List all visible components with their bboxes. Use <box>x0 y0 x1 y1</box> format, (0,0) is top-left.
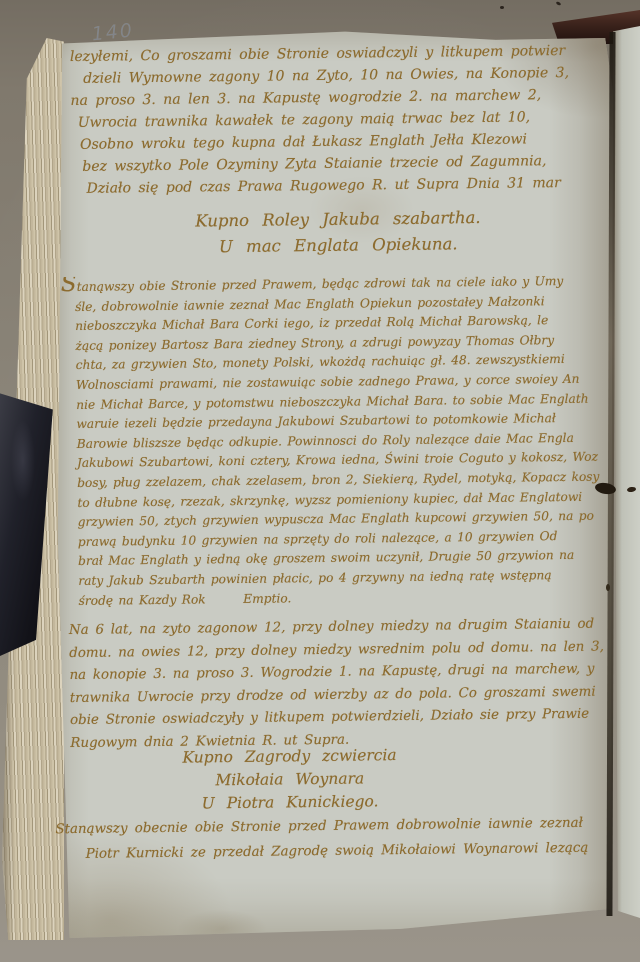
paragraph-closing: Stanąwszy obecnie obie Stronie przed Pra… <box>55 811 588 868</box>
paragraph-opening: lezyłemi, Co groszami obie Stronie oswia… <box>70 40 571 200</box>
handwriting-layer: 140 lezyłemi, Co groszami obie Stronie o… <box>0 0 640 962</box>
paragraph-terms: Na 6 lat, na zyto zagonow 12, przy dolne… <box>69 614 605 756</box>
text-line: Działo się pod czas Prawa Rugowego R. ut… <box>71 172 570 200</box>
text-line: Piotr Kurnicki ze przedał Zagrodę swoią … <box>56 836 589 868</box>
paragraph-sale-record: Stanąwszy obie Stronie przed Prawem, będ… <box>61 270 621 611</box>
section-heading-kupno-roley: Kupno Roley Jakuba szabartha.U mac Engla… <box>122 204 555 261</box>
text-line: U mac Englata Opiekuna. <box>122 230 554 261</box>
section-heading-kupno-zagrody: Kupno Zagrody zcwierciaMikołaia WoynaraU… <box>88 743 491 817</box>
manuscript-photo: 140 lezyłemi, Co groszami obie Stronie o… <box>0 0 640 962</box>
folio-number: 140 <box>91 19 135 45</box>
